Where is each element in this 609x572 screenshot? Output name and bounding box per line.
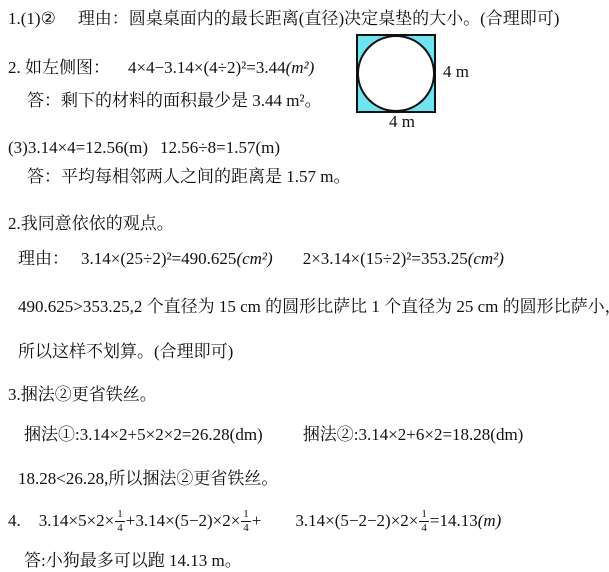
fraction-numerator: 1	[419, 508, 429, 520]
answer-2-formula2-unit: (cm²)	[468, 249, 504, 268]
answer-3-statement: 3.捆法②更省铁丝。	[8, 385, 157, 404]
answer-1-2-line: 2. 如左侧图：4×4−3.14×(4÷2)²=3.44(m²)	[8, 58, 314, 78]
answer-4-seg3: +	[252, 511, 262, 531]
answer-2-comparison: 490.625>353.25,2 个直径为 15 cm 的圆形比萨比 1 个直径…	[18, 297, 609, 316]
answer-1-2-formula: 4×4−3.14×(4÷2)²=3.44	[128, 58, 286, 77]
answer-3-statement-line: 3.捆法②更省铁丝。	[8, 385, 157, 405]
answer-2-formula2: 2×3.14×(15÷2)²=353.25	[303, 249, 468, 268]
answer-1-1-reason: 理由：圆桌桌面内的最长距离(直径)决定桌垫的大小。(合理即可)	[78, 9, 560, 28]
answer-2-reason-label: 理由：	[18, 249, 69, 268]
fraction-numerator: 1	[115, 508, 125, 520]
answer-1-2-answer-line: 答：剩下的材料的面积最少是 3.44 m²。	[27, 91, 322, 111]
answer-1-2-label: 2. 如左侧图：	[8, 58, 110, 77]
answer-4-unit: (m)	[478, 511, 502, 531]
answer-2-formula1: 3.14×(25÷2)²=490.625	[81, 249, 236, 268]
fraction-denominator: 4	[241, 521, 251, 534]
fraction-denominator: 4	[115, 521, 125, 534]
fraction-numerator: 1	[241, 508, 251, 520]
answer-4-formula-line: 4. 3.14×5×2× 14 +3.14×(5−2)×2× 14 + 3.14…	[8, 503, 501, 539]
answer-1-2-answer: 答：剩下的材料的面积最少是 3.44 m²。	[27, 91, 322, 110]
fraction-one-fourth: 14	[115, 508, 125, 533]
answer-2-formula1-unit: (cm²)	[236, 249, 272, 268]
answer-4-seg5: =14.13	[430, 511, 478, 531]
fraction-one-fourth: 14	[419, 508, 429, 533]
answer-4-answer: 答:小狗最多可以跑 14.13 m。	[24, 551, 242, 570]
answer-2-conclusion-line: 所以这样不划算。(合理即可)	[18, 342, 233, 362]
answer-1-1-line: 1.(1)②理由：圆桌桌面内的最长距离(直径)决定桌垫的大小。(合理即可)	[8, 9, 559, 29]
answer-2-conclusion: 所以这样不划算。(合理即可)	[18, 342, 233, 361]
answer-4-number: 4.	[8, 511, 21, 531]
figure-side-label-bottom: 4 m	[389, 112, 415, 132]
answer-4-answer-line: 答:小狗最多可以跑 14.13 m。	[24, 551, 242, 571]
answer-2-statement-line: 2.我同意依依的观点。	[8, 214, 174, 234]
answer-1-3-formula2: 12.56÷8=1.57(m)	[160, 138, 280, 157]
worksheet-answer-page: 1.(1)②理由：圆桌桌面内的最长距离(直径)决定桌垫的大小。(合理即可) 4 …	[0, 0, 609, 572]
figure-side-label-right: 4 m	[443, 62, 469, 82]
figure-square	[356, 34, 436, 113]
answer-1-3-line: (3)3.14×4=12.56(m)12.56÷8=1.57(m)	[8, 138, 280, 158]
answer-3-method1: 捆法①:3.14×2+5×2×2=26.28(dm)	[24, 425, 263, 444]
answer-2-reason-line: 理由：3.14×(25÷2)²=490.625(cm²)2×3.14×(15÷2…	[18, 249, 504, 269]
answer-1-3-formula1: (3)3.14×4=12.56(m)	[8, 138, 148, 157]
answer-3-conclusion-line: 18.28<26.28,所以捆法②更省铁丝。	[18, 469, 278, 489]
answer-4-seg1: 3.14×5×2×	[39, 511, 115, 531]
answer-4-seg4: 3.14×(5−2−2)×2×	[295, 511, 418, 531]
answer-3-method2: 捆法②:3.14×2+6×2=18.28(dm)	[303, 425, 524, 444]
answer-1-2-formula-unit: (m²)	[286, 58, 315, 77]
fraction-denominator: 4	[419, 521, 429, 534]
answer-1-3-answer: 答：平均每相邻两人之间的距离是 1.57 m。	[27, 167, 350, 186]
answer-3-methods-line: 捆法①:3.14×2+5×2×2=26.28(dm)捆法②:3.14×2+6×2…	[24, 425, 523, 445]
answer-1-3-answer-line: 答：平均每相邻两人之间的距离是 1.57 m。	[27, 167, 350, 187]
fraction-one-fourth: 14	[241, 508, 251, 533]
figure-inscribed-circle	[357, 35, 435, 112]
answer-3-conclusion: 18.28<26.28,所以捆法②更省铁丝。	[18, 469, 278, 488]
answer-4-seg2: +3.14×(5−2)×2×	[126, 511, 241, 531]
answer-2-comparison-line: 490.625>353.25,2 个直径为 15 cm 的圆形比萨比 1 个直径…	[18, 297, 609, 317]
answer-1-1-number: 1.(1)②	[8, 9, 56, 28]
answer-2-statement: 2.我同意依依的观点。	[8, 214, 174, 233]
